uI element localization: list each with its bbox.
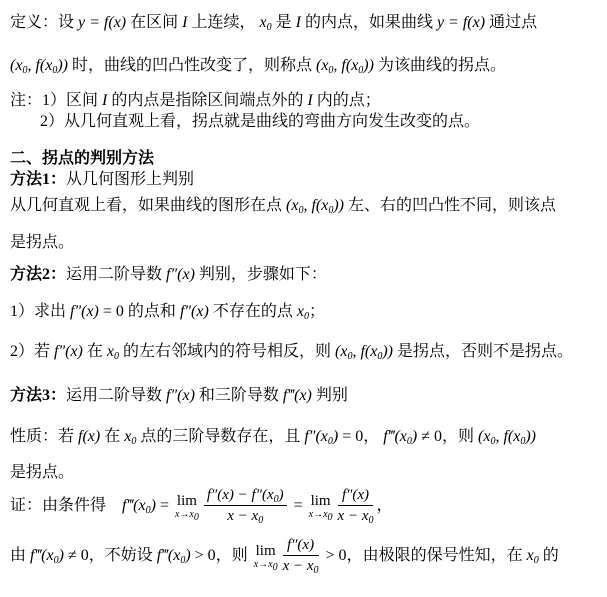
text-run: 内的点；	[313, 92, 381, 109]
property-line-1: 性质：若 f(x) 在 x0 点的三阶导数存在，且 f″(x0) = 0， f‴…	[10, 426, 603, 447]
math-run: ≠ 0	[64, 547, 89, 564]
limit-word: lim	[309, 494, 333, 509]
text-run: 2）从几何直观上看，拐点就是曲线的弯曲方向发生改变的点。	[40, 113, 480, 130]
math-run: = 0	[338, 428, 363, 445]
method-2-step-2: 2）若 f″(x) 在 x0 的左右邻域内的符号相反，则 (x0, f(x0))…	[10, 341, 603, 362]
definition-line-1: 定义：设 y = f(x) 在区间 I 上连续， x0 是 I 的内点，如果曲线…	[10, 12, 603, 33]
math-run: f″(x)	[180, 303, 209, 320]
subscript: 0	[347, 351, 352, 362]
text-run: 在	[83, 343, 107, 360]
fraction-numerator: f″(x) − f″(x0)	[204, 486, 287, 506]
subscript: 0	[520, 436, 525, 447]
limit-underscript: x→x0	[175, 510, 199, 520]
math-run: ≠ 0	[417, 428, 442, 445]
text-run: 2）若	[10, 343, 54, 360]
subscript: 0	[368, 515, 373, 526]
subscript: 0	[407, 436, 412, 447]
math-run: =	[156, 497, 173, 514]
math-run: x0	[259, 14, 271, 31]
text-run: 定义：设	[10, 14, 78, 31]
math-run: f″(x)	[166, 387, 195, 404]
method-1-body-line-1: 从几何直观上看，如果曲线的图形在点 (x0, f(x0)) 左、右的凹凸性不同，…	[10, 195, 603, 216]
subscript: 0	[180, 555, 185, 566]
subscript: 0	[298, 205, 303, 216]
fraction: f″(x)x − x0	[283, 536, 319, 575]
subscript: 0	[328, 65, 333, 76]
text-run: 在区间	[126, 14, 182, 31]
section-heading: 二、拐点的判别方法	[10, 148, 603, 169]
text-run: 的内点，如果曲线	[301, 14, 437, 31]
math-run: =	[290, 497, 307, 514]
subscript: 0	[273, 562, 278, 573]
subscript: 0	[490, 436, 495, 447]
text-run: 运用二阶导数	[66, 387, 166, 404]
text-run: 是拐点，否则不是拐点。	[393, 343, 573, 360]
fraction-denominator: x − x0	[338, 506, 374, 525]
math-run: x0	[124, 428, 136, 445]
text-run: 的内点是指除区间端点外的	[107, 92, 307, 109]
text-run: ，由极限的保号性知，在	[347, 547, 527, 564]
math-run: x0	[297, 303, 309, 320]
subscript: 0	[258, 515, 263, 526]
subscript: 0	[314, 565, 319, 576]
math-run: f″(x)	[54, 343, 83, 360]
subscript: 0	[377, 351, 382, 362]
subscript: 0	[328, 436, 333, 447]
fraction: f″(x)x − x0	[338, 486, 374, 525]
text-run: 上连续，	[187, 14, 259, 31]
text-run: ，	[363, 428, 383, 445]
limit-operator: limx→x0	[254, 544, 278, 570]
subscript: 0	[54, 555, 59, 566]
math-run: > 0	[191, 547, 216, 564]
text-run: 证：由条件得	[10, 497, 122, 514]
limit-underscript: x→x0	[254, 560, 278, 570]
text-run: 不存在的点	[209, 303, 297, 320]
math-run: f‴(x0)	[383, 428, 417, 445]
limit-underscript: x→x0	[309, 510, 333, 520]
subscript: 0	[328, 205, 333, 216]
subscript: 0	[358, 65, 363, 76]
subscript: 0	[52, 65, 57, 76]
text-run: 左、右的凹凸性不同，则该点	[344, 197, 556, 214]
limit-word: lim	[175, 494, 199, 509]
text-run: 和三阶导数	[195, 387, 283, 404]
bold-text-run: 方法3：	[10, 387, 66, 404]
text-run: ；	[309, 303, 325, 320]
math-run: f‴(x0)	[122, 497, 156, 514]
text-run: 注：1）区间	[10, 92, 102, 109]
math-run: y = f(x)	[437, 14, 485, 31]
note-line-1: 注：1）区间 I 的内点是指除区间端点外的 I 内的点；	[10, 90, 603, 111]
math-run: (x0, f(x0))	[286, 197, 344, 214]
text-run: 为该曲线的拐点。	[374, 57, 506, 74]
math-run: f″(x0)	[304, 428, 338, 445]
method-2-step-1: 1）求出 f″(x) = 0 的点和 f″(x) 不存在的点 x0；	[10, 301, 603, 322]
text-run: 由	[10, 547, 30, 564]
text-run: 通过点	[485, 14, 537, 31]
subscript: 0	[146, 505, 151, 516]
subscript: 0	[274, 494, 279, 505]
math-run: (x0, f(x0))	[478, 428, 536, 445]
method-2-heading: 方法2：运用二阶导数 f″(x) 判别，步骤如下：	[10, 264, 603, 285]
text-run: 时，曲线的凹凸性改变了，则称点	[68, 57, 316, 74]
math-run: (x0, f(x0))	[335, 343, 393, 360]
text-run: ，则	[442, 428, 478, 445]
text-run: 在	[100, 428, 124, 445]
fraction-denominator: x − x0	[283, 556, 319, 575]
text-run: ，不妨设	[89, 547, 157, 564]
math-run: f″(x)	[70, 303, 99, 320]
text-run: ，则	[216, 547, 252, 564]
math-run: x0	[527, 547, 539, 564]
text-run: ，	[376, 497, 392, 514]
subscript: 0	[194, 512, 199, 523]
bold-text-run: 二、拐点的判别方法	[10, 150, 154, 167]
text-run: 的点和	[124, 303, 180, 320]
limit-word: lim	[254, 544, 278, 559]
bold-text-run: 方法1：	[10, 171, 66, 188]
limit-operator: limx→x0	[309, 494, 333, 520]
math-run: (x0, f(x0))	[10, 57, 68, 74]
math-run: > 0	[322, 547, 347, 564]
text-run: 是拐点。	[10, 464, 74, 481]
math-run: f″(x)	[166, 266, 195, 283]
fraction-denominator: x − x0	[204, 506, 287, 525]
text-run: 性质：若	[10, 428, 78, 445]
math-run: f(x)	[78, 428, 100, 445]
definition-line-2: (x0, f(x0)) 时，曲线的凹凸性改变了，则称点 (x0, f(x0)) …	[10, 55, 603, 76]
fraction-numerator: f″(x)	[338, 486, 374, 506]
math-run: y = f(x)	[78, 14, 126, 31]
math-run: (x0, f(x0))	[316, 57, 374, 74]
bold-text-run: 方法2：	[10, 266, 66, 283]
math-run: = 0	[99, 303, 124, 320]
proof-line-1: 证：由条件得 f‴(x0) = limx→x0f″(x) − f″(x0)x −…	[10, 487, 603, 526]
math-run: f‴(x0)	[157, 547, 191, 564]
note-line-2: 2）从几何直观上看，拐点就是曲线的弯曲方向发生改变的点。	[40, 111, 603, 132]
method-3-heading: 方法3：运用二阶导数 f″(x) 和三阶导数 f‴(x) 判别	[10, 385, 603, 406]
fraction: f″(x) − f″(x0)x − x0	[204, 486, 287, 525]
text-run: 的左右邻域内的符号相反，则	[119, 343, 335, 360]
method-1-body-line-2: 是拐点。	[10, 232, 603, 253]
math-run: f‴(x0)	[30, 547, 64, 564]
text-run: 1）求出	[10, 303, 70, 320]
text-run: 判别	[312, 387, 348, 404]
text-run: 是	[272, 14, 296, 31]
limit-operator: limx→x0	[175, 494, 199, 520]
property-line-2: 是拐点。	[10, 462, 603, 483]
fraction-numerator: f″(x)	[283, 536, 319, 556]
subscript: 0	[328, 512, 333, 523]
document-page: 定义：设 y = f(x) 在区间 I 上连续， x0 是 I 的内点，如果曲线…	[0, 0, 607, 597]
method-1-heading: 方法1：从几何图形上判别	[10, 169, 603, 190]
text-run: 从几何图形上判别	[66, 171, 194, 188]
text-run: 判别，步骤如下：	[195, 266, 327, 283]
text-run: 点的三阶导数存在，且	[136, 428, 304, 445]
text-run: 是拐点。	[10, 234, 74, 251]
text-run: 的	[539, 547, 559, 564]
subscript: 0	[22, 65, 27, 76]
proof-line-2: 由 f‴(x0) ≠ 0，不妨设 f‴(x0) > 0，则 limx→x0f″(…	[10, 537, 603, 576]
math-run: f‴(x)	[283, 387, 312, 404]
text-run: 运用二阶导数	[66, 266, 166, 283]
text-run: 从几何直观上看，如果曲线的图形在点	[10, 197, 286, 214]
math-run: x0	[107, 343, 119, 360]
